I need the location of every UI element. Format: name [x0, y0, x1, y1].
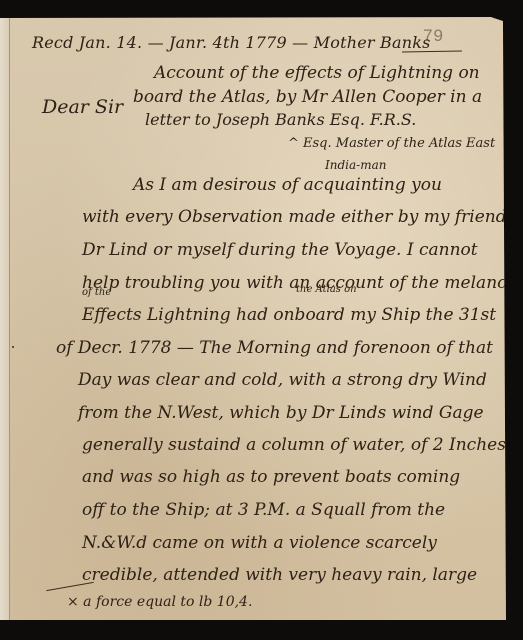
- title-line-1: Account of the effects of Lightning on: [154, 65, 480, 82]
- manuscript-page: 79 Recd Jan. 14. — Janr. 4th 1779 — Moth…: [0, 17, 506, 620]
- margin-mark: [12, 346, 14, 348]
- body-line: Dr Lind or myself during the Voyage. I c…: [82, 242, 478, 259]
- title-line-3: letter to Joseph Banks Esq. F.R.S.: [145, 112, 416, 128]
- body-line: credible, attended with very heavy rain,…: [82, 567, 477, 584]
- footnote: × a force equal to lb 10,4.: [67, 595, 252, 609]
- body-line: from the N.West, which by Dr Linds wind …: [78, 405, 484, 422]
- interlinear-note: the Atlas on: [296, 285, 357, 295]
- page-binding-edge: [0, 17, 10, 620]
- insertion-line-2: India-man: [325, 159, 386, 171]
- body-line: Day was clear and cold, with a strong dr…: [78, 372, 487, 389]
- document-viewer: 79 Recd Jan. 14. — Janr. 4th 1779 — Moth…: [0, 0, 523, 640]
- body-line: of Decr. 1778 — The Morning and forenoon…: [56, 340, 493, 357]
- body-line: generally sustaind a column of water, of…: [82, 437, 523, 454]
- header-rule: [402, 50, 462, 52]
- insertion-line-1: ^ Esq. Master of the Atlas East: [288, 137, 495, 150]
- body-line: Effects Lightning had onboard my Ship th…: [82, 307, 496, 324]
- footnote-rule: [46, 582, 93, 591]
- body-line: with every Observation made either by my…: [82, 209, 507, 226]
- body-line: As I am desirous of acquainting you: [133, 177, 442, 194]
- body-line: and was so high as to prevent boats comi…: [82, 469, 460, 486]
- interlinear-note: of the: [82, 288, 111, 298]
- body-line: N.&W.d came on with a violence scarcely: [82, 535, 437, 552]
- salutation: Dear Sir: [42, 98, 123, 117]
- header-line: Recd Jan. 14. — Janr. 4th 1779 — Mother …: [32, 35, 431, 51]
- body-line: off to the Ship; at 3 P.M. a Squall from…: [82, 502, 445, 519]
- title-line-2: board the Atlas, by Mr Allen Cooper in a: [133, 89, 482, 106]
